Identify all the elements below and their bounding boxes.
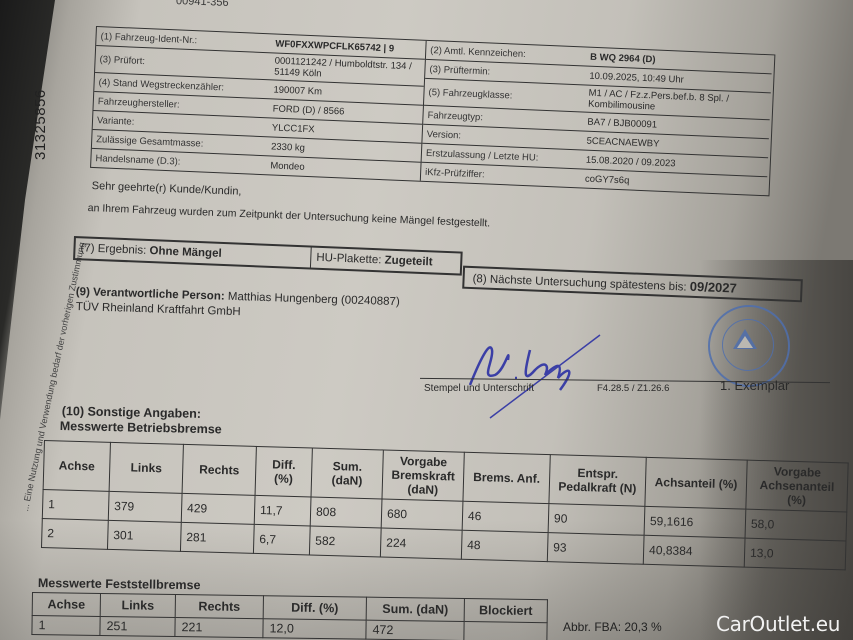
- plakette-label: HU-Plakette:: [316, 252, 382, 267]
- table-cell: 301: [107, 520, 181, 551]
- table-cell: 11,7: [254, 495, 311, 526]
- table-cell: 13,0: [744, 538, 846, 570]
- table-cell: 251: [100, 616, 175, 636]
- info-label: (2) Amtl. Kennzeichen:: [426, 44, 590, 62]
- table-cell: 1: [42, 489, 109, 520]
- info-value: 0001121242 / Humboldtstr. 134 / 51149 Kö…: [274, 56, 425, 84]
- info-value: FORD (D) / 8566: [272, 103, 422, 120]
- table-cell: 93: [547, 533, 644, 565]
- table-cell: 40,8384: [643, 535, 745, 567]
- fba-value: Abbr. FBA: 20,3 %: [563, 620, 662, 634]
- info-value: WF0FXXWPCFLK65742 | 9: [275, 38, 425, 55]
- section-title: (10) Sonstige Angaben:: [62, 404, 201, 421]
- table-cell: 472: [366, 620, 464, 640]
- table-cell: 429: [181, 493, 255, 524]
- result-value: Ohne Mängel: [149, 245, 222, 260]
- result-label: (7) Ergebnis:: [80, 242, 146, 257]
- official-stamp-icon: [708, 305, 790, 387]
- table-cell: 48: [461, 530, 548, 561]
- info-value: 190007 Km: [273, 84, 423, 101]
- table-cell: 224: [380, 528, 462, 559]
- column-header: Brems. Anf.: [463, 452, 550, 503]
- document-number: 31325856: [32, 89, 49, 160]
- info-value: 2330 kg: [271, 141, 421, 158]
- info-label: Fahrzeugtyp:: [423, 109, 587, 127]
- next-inspection-value: 09/2027: [690, 279, 738, 296]
- info-label: Handelsname (D.3):: [91, 152, 270, 170]
- table-cell: 582: [309, 526, 381, 557]
- table-cell: 59,1616: [644, 506, 746, 538]
- column-header: Vorgabe Bremskraft (daN): [382, 450, 464, 501]
- info-value: Mondeo: [270, 160, 420, 177]
- column-header: Entspr. Pedalkraft (N): [549, 455, 646, 507]
- column-header: Rechts: [182, 444, 256, 495]
- column-header: Links: [100, 593, 175, 617]
- signature-label: Stempel und Unterschrift: [424, 383, 534, 394]
- info-value: coGY7s6q: [585, 173, 767, 192]
- vehicle-info-left: (1) Fahrzeug-Ident-Nr.:WF0FXXWPCFLK65742…: [91, 27, 427, 181]
- signature-icon: [450, 330, 610, 420]
- table-cell: [464, 622, 547, 640]
- table-cell: 221: [175, 618, 263, 638]
- info-label: (5) Fahrzeugklasse:: [424, 86, 588, 104]
- column-header: Vorgabe Achsenanteil (%): [746, 460, 848, 512]
- vehicle-info-table: (1) Fahrzeug-Ident-Nr.:WF0FXXWPCFLK65742…: [90, 26, 775, 196]
- info-label: iKfz-Prüfziffer:: [421, 166, 585, 184]
- table-cell: 90: [548, 504, 645, 536]
- column-header: Sum. (daN): [311, 448, 383, 499]
- column-header: Achse: [32, 593, 100, 617]
- column-header: Links: [109, 442, 183, 493]
- plakette-cell: HU-Plakette: Zugeteilt: [311, 248, 461, 274]
- service-brake-table: AchseLinksRechtsDiff. (%)Sum. (daN)Vorga…: [41, 440, 849, 570]
- table-cell: 281: [180, 522, 254, 553]
- table-cell: 680: [381, 499, 463, 530]
- table-cell: 46: [462, 501, 549, 532]
- column-header: Achse: [43, 441, 110, 492]
- copy-label: 1. Exemplar: [720, 378, 789, 393]
- info-label: (3) Prüfort:: [95, 54, 274, 72]
- table-cell: 1: [32, 616, 100, 636]
- info-value: YLCC1FX: [272, 122, 422, 139]
- table-cell: 2: [41, 518, 108, 549]
- info-label: (3) Prüftermin:: [425, 63, 589, 81]
- info-label: Erstzulassung / Letzte HU:: [422, 147, 586, 165]
- column-header: Sum. (daN): [366, 597, 464, 621]
- vehicle-info-right: (2) Amtl. Kennzeichen:B WQ 2964 (D)(3) P…: [421, 41, 773, 195]
- column-header: Diff. (%): [263, 596, 366, 620]
- table-cell: 808: [310, 497, 382, 528]
- parking-brake-table: AchseLinksRechtsDiff. (%)Sum. (daN)Block…: [31, 592, 548, 640]
- column-header: Achsanteil (%): [645, 457, 747, 509]
- parking-brake-title: Messwerte Feststellbremse: [38, 576, 201, 592]
- column-header: Diff. (%): [255, 446, 312, 497]
- table-cell: 6,7: [253, 524, 310, 555]
- plakette-value: Zugeteilt: [384, 254, 432, 268]
- table-cell: 12,0: [263, 619, 366, 639]
- table-cell: 379: [108, 491, 182, 522]
- watermark-logo: CarOutlet.eu: [716, 612, 840, 636]
- column-header: Blockiert: [464, 599, 547, 623]
- info-label: Version:: [423, 128, 587, 146]
- column-header: Rechts: [175, 595, 263, 619]
- form-number: F4.28.5 / Z1.26.6: [597, 383, 669, 394]
- table-cell: 58,0: [745, 509, 847, 541]
